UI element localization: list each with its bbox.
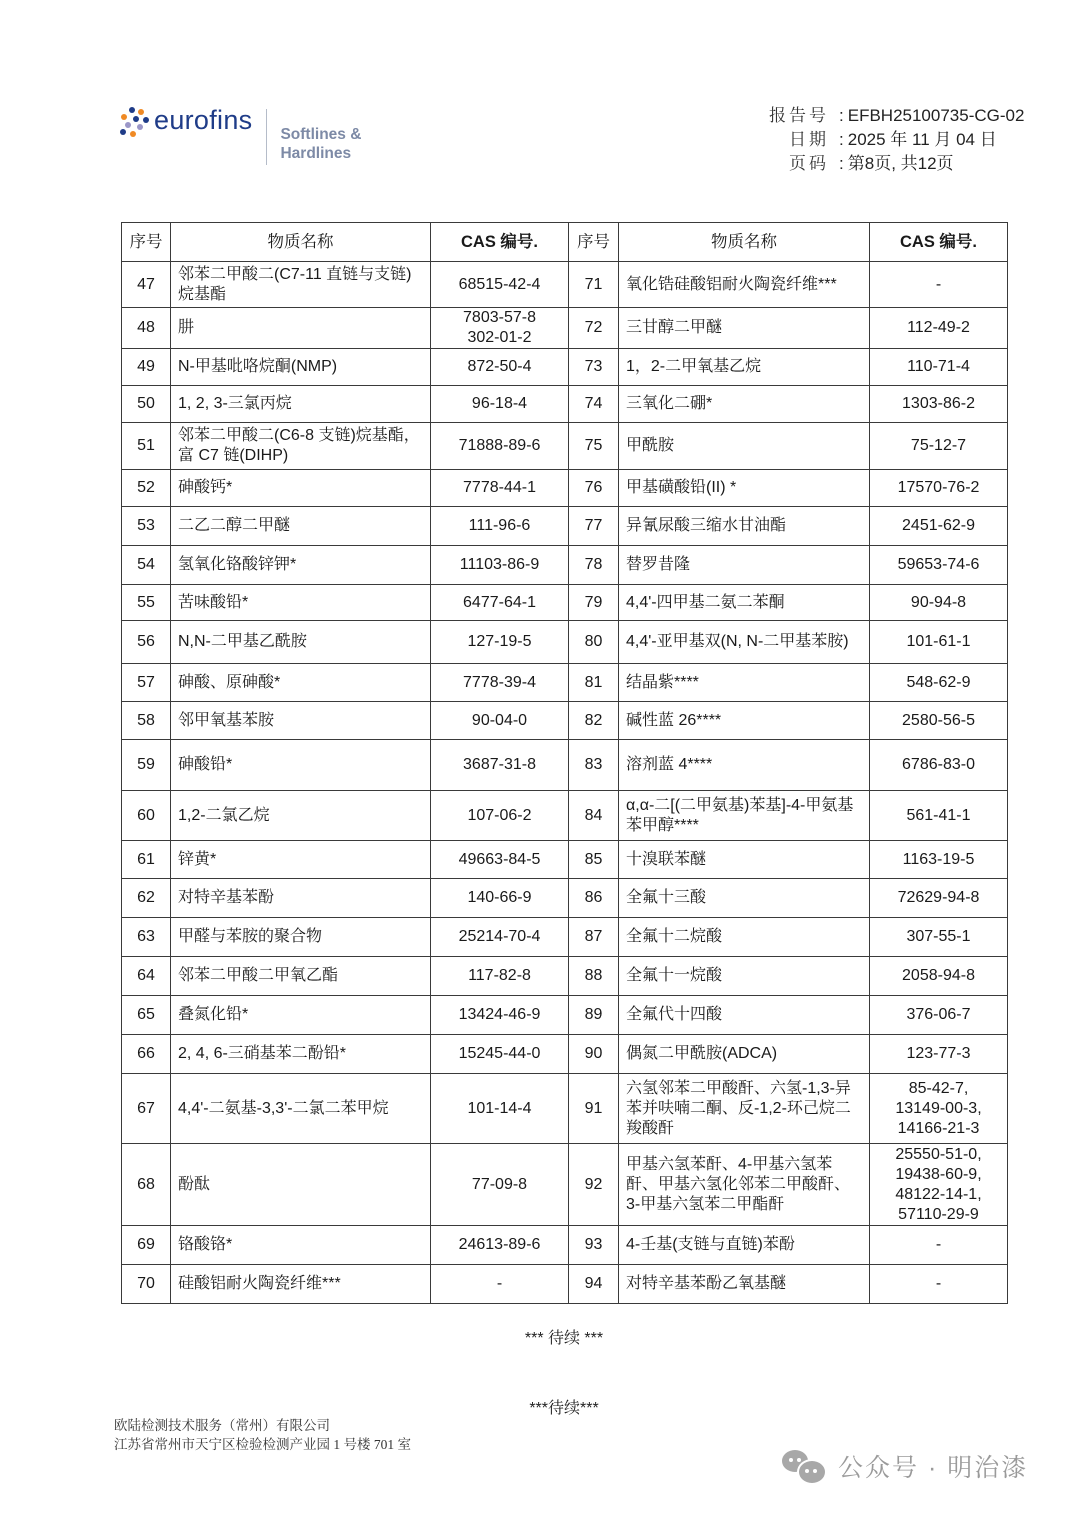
substance-name: 酚酞	[171, 1144, 431, 1226]
substance-number: 81	[569, 664, 619, 702]
substance-name: 甲基六氢苯酐、4-甲基六氢苯酐、甲基六氢化邻苯二甲酸酐、3-甲基六氢苯二甲酯酐	[619, 1144, 870, 1226]
substance-number: 82	[569, 702, 619, 740]
report-meta: 报告号 : EFBH25100735-CG-02 日期 : 2025 年 11 …	[757, 104, 1024, 176]
substance-name: 甲酰胺	[619, 423, 870, 470]
substance-number: 63	[122, 918, 171, 957]
table-row: 601,2-二氯乙烷107-06-284α,α-二[(二甲氨基)苯基]-4-甲氨…	[122, 791, 1008, 841]
substance-name: 异氰尿酸三缩水甘油酯	[619, 507, 870, 546]
meta-label: 日期	[757, 128, 829, 152]
substance-name: 二乙二醇二甲醚	[171, 507, 431, 546]
meta-label: 报告号	[757, 104, 829, 128]
substance-number: 61	[122, 841, 171, 879]
substance-number: 93	[569, 1226, 619, 1265]
cas-number: 1163-19-5	[870, 841, 1008, 879]
substance-number: 79	[569, 585, 619, 621]
table-row: 54氢氧化铬酸锌钾*11103-86-978替罗昔隆59653-74-6	[122, 546, 1008, 585]
cas-number: 2580-56-5	[870, 702, 1008, 740]
substance-number: 87	[569, 918, 619, 957]
cas-number: 25214-70-4	[431, 918, 569, 957]
cas-number: 90-94-8	[870, 585, 1008, 621]
table-row: 53二乙二醇二甲醚111-96-677异氰尿酸三缩水甘油酯2451-62-9	[122, 507, 1008, 546]
substance-number: 86	[569, 879, 619, 918]
table-row: 48肼7803-57-8 302-01-272三甘醇二甲醚112-49-2	[122, 308, 1008, 349]
cas-number: 59653-74-6	[870, 546, 1008, 585]
table-row: 52砷酸钙*7778-44-176甲基磺酸铅(II) *17570-76-2	[122, 470, 1008, 507]
substance-number: 85	[569, 841, 619, 879]
wechat-icon	[782, 1450, 826, 1482]
substance-name: 溶剂蓝 4****	[619, 740, 870, 791]
table-row: 65叠氮化铅*13424-46-989全氟代十四酸376-06-7	[122, 996, 1008, 1035]
substance-number: 47	[122, 262, 171, 308]
substance-name: 三氧化二硼*	[619, 386, 870, 423]
cas-number: 111-96-6	[431, 507, 569, 546]
substance-number: 78	[569, 546, 619, 585]
table-row: 49N-甲基吡咯烷酮(NMP)872-50-4731，2-二甲氧基乙烷110-7…	[122, 349, 1008, 386]
cas-number: 127-19-5	[431, 621, 569, 664]
table-row: 501, 2, 3-三氯丙烷96-18-474三氧化二硼*1303-86-2	[122, 386, 1008, 423]
substance-number: 75	[569, 423, 619, 470]
cas-number: 117-82-8	[431, 957, 569, 996]
substance-name: 全氟十一烷酸	[619, 957, 870, 996]
substance-name: 4,4'-四甲基二氨二苯酮	[619, 585, 870, 621]
cas-number: 2451-62-9	[870, 507, 1008, 546]
substance-number: 73	[569, 349, 619, 386]
substance-name: 替罗昔隆	[619, 546, 870, 585]
cas-number: 96-18-4	[431, 386, 569, 423]
cas-number: -	[870, 1226, 1008, 1265]
substance-number: 49	[122, 349, 171, 386]
cas-number: 107-06-2	[431, 791, 569, 841]
table-row: 70硅酸铝耐火陶瓷纤维***-94对特辛基苯酚乙氧基醚-	[122, 1265, 1008, 1304]
brand-name: eurofins	[154, 103, 252, 137]
substance-number: 48	[122, 308, 171, 349]
substance-name: 邻苯二甲酸二(C7-11 直链与支链)烷基酯	[171, 262, 431, 308]
table-row: 662, 4, 6-三硝基苯二酚铅*15245-44-090偶氮二甲酰胺(ADC…	[122, 1035, 1008, 1074]
substance-name: N,N-二甲基乙酰胺	[171, 621, 431, 664]
cas-number: 7803-57-8 302-01-2	[431, 308, 569, 349]
substance-number: 76	[569, 470, 619, 507]
cas-number: 110-71-4	[870, 349, 1008, 386]
cas-number: 1303-86-2	[870, 386, 1008, 423]
substance-number: 71	[569, 262, 619, 308]
cas-number: 307-55-1	[870, 918, 1008, 957]
division-name: Softlines & Hardlines	[280, 125, 361, 163]
table-row: 56N,N-二甲基乙酰胺127-19-5804,4'-亚甲基双(N, N-二甲基…	[122, 621, 1008, 664]
substance-number: 67	[122, 1074, 171, 1144]
division-line-2: Hardlines	[280, 144, 361, 163]
cas-number: 6477-64-1	[431, 585, 569, 621]
company-address: 江苏省常州市天宁区检验检测产业园 1 号楼 701 室	[114, 1435, 411, 1454]
substance-number: 91	[569, 1074, 619, 1144]
cas-number: 68515-42-4	[431, 262, 569, 308]
cas-number: 3687-31-8	[431, 740, 569, 791]
substance-name: 三甘醇二甲醚	[619, 308, 870, 349]
substance-number: 66	[122, 1035, 171, 1074]
substance-name: 十溴联苯醚	[619, 841, 870, 879]
substance-name: 偶氮二甲酰胺(ADCA)	[619, 1035, 870, 1074]
substance-name: 全氟十三酸	[619, 879, 870, 918]
watermark-text: 公众号 · 明治漆	[838, 1448, 1028, 1484]
report-date: 2025 年 11 月 04 日	[848, 128, 997, 152]
col-header-cas: CAS 编号.	[431, 223, 569, 262]
substance-number: 60	[122, 791, 171, 841]
table-row: 58邻甲氧基苯胺90-04-082碱性蓝 26****2580-56-5	[122, 702, 1008, 740]
substance-number: 56	[122, 621, 171, 664]
cas-number: 17570-76-2	[870, 470, 1008, 507]
substance-name: 苦味酸铅*	[171, 585, 431, 621]
substance-name: 邻苯二甲酸二甲氧乙酯	[171, 957, 431, 996]
substance-number: 84	[569, 791, 619, 841]
table-row: 63甲醛与苯胺的聚合物25214-70-487全氟十二烷酸307-55-1	[122, 918, 1008, 957]
substance-number: 83	[569, 740, 619, 791]
cas-number: 872-50-4	[431, 349, 569, 386]
cas-number: 77-09-8	[431, 1144, 569, 1226]
cas-number: 123-77-3	[870, 1035, 1008, 1074]
table-row: 51邻苯二甲酸二(C6-8 支链)烷基酯，富 C7 链(DIHP)71888-8…	[122, 423, 1008, 470]
table-row: 57砷酸、原砷酸*7778-39-481结晶紫****548-62-9	[122, 664, 1008, 702]
substance-number: 51	[122, 423, 171, 470]
substance-name: 砷酸、原砷酸*	[171, 664, 431, 702]
substance-number: 70	[122, 1265, 171, 1304]
table-row: 55苦味酸铅*6477-64-1794,4'-四甲基二氨二苯酮90-94-8	[122, 585, 1008, 621]
cas-number: 561-41-1	[870, 791, 1008, 841]
substance-number: 92	[569, 1144, 619, 1226]
substance-name: 碱性蓝 26****	[619, 702, 870, 740]
cas-number: 7778-39-4	[431, 664, 569, 702]
substance-name: 肼	[171, 308, 431, 349]
substance-number: 88	[569, 957, 619, 996]
meta-label: 页码	[757, 152, 829, 176]
wechat-watermark: 公众号 · 明治漆	[782, 1448, 1028, 1484]
substance-number: 69	[122, 1226, 171, 1265]
substance-number: 89	[569, 996, 619, 1035]
cas-number: 71888-89-6	[431, 423, 569, 470]
substance-name: 甲基磺酸铅(II) *	[619, 470, 870, 507]
cas-number: 15245-44-0	[431, 1035, 569, 1074]
page-number: 第8页, 共12页	[848, 152, 954, 176]
company-name: 欧陆检测技术服务（常州）有限公司	[114, 1416, 411, 1435]
continued-marker-footer: ***待续***	[0, 1395, 1080, 1418]
substance-number: 54	[122, 546, 171, 585]
table-row: 68酚酞77-09-892甲基六氢苯酐、4-甲基六氢苯酐、甲基六氢化邻苯二甲酸酐…	[122, 1144, 1008, 1226]
substance-name: 硅酸铝耐火陶瓷纤维***	[171, 1265, 431, 1304]
col-header-name: 物质名称	[619, 223, 870, 262]
substance-name: 2, 4, 6-三硝基苯二酚铅*	[171, 1035, 431, 1074]
cas-number: 85-42-7, 13149-00-3, 14166-21-3	[870, 1074, 1008, 1144]
page-number-row: 页码 : 第8页, 共12页	[757, 152, 1024, 176]
eurofins-dots-icon	[120, 107, 150, 137]
substance-name: 锌黄*	[171, 841, 431, 879]
report-number-row: 报告号 : EFBH25100735-CG-02	[757, 104, 1024, 128]
company-address-block: 欧陆检测技术服务（常州）有限公司 江苏省常州市天宁区检验检测产业园 1 号楼 7…	[114, 1416, 411, 1454]
substance-name: 六氢邻苯二甲酸酐、六氢-1,3-异苯并呋喃二酮、反-1,2-环己烷二羧酸酐	[619, 1074, 870, 1144]
table-row: 64邻苯二甲酸二甲氧乙酯117-82-888全氟十一烷酸2058-94-8	[122, 957, 1008, 996]
cas-number: 90-04-0	[431, 702, 569, 740]
table-row: 674,4'-二氨基-3,3'-二氯二苯甲烷101-14-491六氢邻苯二甲酸酐…	[122, 1074, 1008, 1144]
meta-colon: :	[839, 104, 844, 128]
substance-number: 55	[122, 585, 171, 621]
cas-number: -	[870, 262, 1008, 308]
substance-name: 1,2-二氯乙烷	[171, 791, 431, 841]
cas-number: 112-49-2	[870, 308, 1008, 349]
substance-number: 77	[569, 507, 619, 546]
substance-number: 94	[569, 1265, 619, 1304]
substance-name: 1, 2, 3-三氯丙烷	[171, 386, 431, 423]
cas-number: -	[870, 1265, 1008, 1304]
cas-number: 11103-86-9	[431, 546, 569, 585]
col-header-no: 序号	[122, 223, 171, 262]
table-row: 61锌黄*49663-84-585十溴联苯醚1163-19-5	[122, 841, 1008, 879]
cas-number: 75-12-7	[870, 423, 1008, 470]
substance-name: 邻苯二甲酸二(C6-8 支链)烷基酯，富 C7 链(DIHP)	[171, 423, 431, 470]
substance-name: 砷酸铅*	[171, 740, 431, 791]
substance-name: α,α-二[(二甲氨基)苯基]-4-甲氨基苯甲醇****	[619, 791, 870, 841]
cas-number: 376-06-7	[870, 996, 1008, 1035]
division-line-1: Softlines &	[280, 125, 361, 144]
cas-number: 101-14-4	[431, 1074, 569, 1144]
cas-number: 24613-89-6	[431, 1226, 569, 1265]
substance-number: 72	[569, 308, 619, 349]
substance-number: 58	[122, 702, 171, 740]
cas-number: 72629-94-8	[870, 879, 1008, 918]
substance-name: 对特辛基苯酚	[171, 879, 431, 918]
substance-name: 4,4'-亚甲基双(N, N-二甲基苯胺)	[619, 621, 870, 664]
table-header-row: 序号 物质名称 CAS 编号. 序号 物质名称 CAS 编号.	[122, 223, 1008, 262]
table-row: 62对特辛基苯酚140-66-986全氟十三酸72629-94-8	[122, 879, 1008, 918]
report-date-row: 日期 : 2025 年 11 月 04 日	[757, 128, 1024, 152]
meta-colon: :	[839, 152, 844, 176]
table-body: 47邻苯二甲酸二(C7-11 直链与支链)烷基酯68515-42-471氧化锆硅…	[122, 262, 1008, 1304]
cas-number: 7778-44-1	[431, 470, 569, 507]
substance-name: 砷酸钙*	[171, 470, 431, 507]
substances-table: 序号 物质名称 CAS 编号. 序号 物质名称 CAS 编号. 47邻苯二甲酸二…	[121, 222, 1008, 1304]
substance-name: 铬酸铬*	[171, 1226, 431, 1265]
continued-marker: *** 待续 ***	[0, 1325, 1080, 1348]
table-row: 47邻苯二甲酸二(C7-11 直链与支链)烷基酯68515-42-471氧化锆硅…	[122, 262, 1008, 308]
cas-number: 49663-84-5	[431, 841, 569, 879]
cas-number: 25550-51-0, 19438-60-9, 48122-14-1, 5711…	[870, 1144, 1008, 1226]
table-row: 69铬酸铬*24613-89-6934-壬基(支链与直链)苯酚-	[122, 1226, 1008, 1265]
substance-name: N-甲基吡咯烷酮(NMP)	[171, 349, 431, 386]
substance-number: 62	[122, 879, 171, 918]
substance-name: 氧化锆硅酸铝耐火陶瓷纤维***	[619, 262, 870, 308]
cas-number: 101-61-1	[870, 621, 1008, 664]
substance-number: 90	[569, 1035, 619, 1074]
substance-number: 50	[122, 386, 171, 423]
substance-name: 结晶紫****	[619, 664, 870, 702]
substance-name: 对特辛基苯酚乙氧基醚	[619, 1265, 870, 1304]
eurofins-logo: eurofins Softlines & Hardlines	[120, 103, 361, 165]
substance-name: 1，2-二甲氧基乙烷	[619, 349, 870, 386]
substance-name: 全氟十二烷酸	[619, 918, 870, 957]
substance-number: 57	[122, 664, 171, 702]
cas-number: 6786-83-0	[870, 740, 1008, 791]
cas-number: 548-62-9	[870, 664, 1008, 702]
col-header-cas: CAS 编号.	[870, 223, 1008, 262]
substance-name: 叠氮化铅*	[171, 996, 431, 1035]
substance-name: 4-壬基(支链与直链)苯酚	[619, 1226, 870, 1265]
cas-number: -	[431, 1265, 569, 1304]
substance-name: 4,4'-二氨基-3,3'-二氯二苯甲烷	[171, 1074, 431, 1144]
substance-number: 80	[569, 621, 619, 664]
substance-number: 52	[122, 470, 171, 507]
substance-number: 64	[122, 957, 171, 996]
meta-colon: :	[839, 128, 844, 152]
substance-number: 65	[122, 996, 171, 1035]
substance-number: 74	[569, 386, 619, 423]
substance-number: 59	[122, 740, 171, 791]
substance-name: 氢氧化铬酸锌钾*	[171, 546, 431, 585]
substance-number: 68	[122, 1144, 171, 1226]
substance-name: 全氟代十四酸	[619, 996, 870, 1035]
cas-number: 13424-46-9	[431, 996, 569, 1035]
substance-name: 甲醛与苯胺的聚合物	[171, 918, 431, 957]
col-header-no: 序号	[569, 223, 619, 262]
table-row: 59砷酸铅*3687-31-883溶剂蓝 4****6786-83-0	[122, 740, 1008, 791]
report-number: EFBH25100735-CG-02	[848, 104, 1025, 128]
cas-number: 2058-94-8	[870, 957, 1008, 996]
cas-number: 140-66-9	[431, 879, 569, 918]
col-header-name: 物质名称	[171, 223, 431, 262]
substance-number: 53	[122, 507, 171, 546]
substance-name: 邻甲氧基苯胺	[171, 702, 431, 740]
logo-divider	[266, 109, 267, 165]
